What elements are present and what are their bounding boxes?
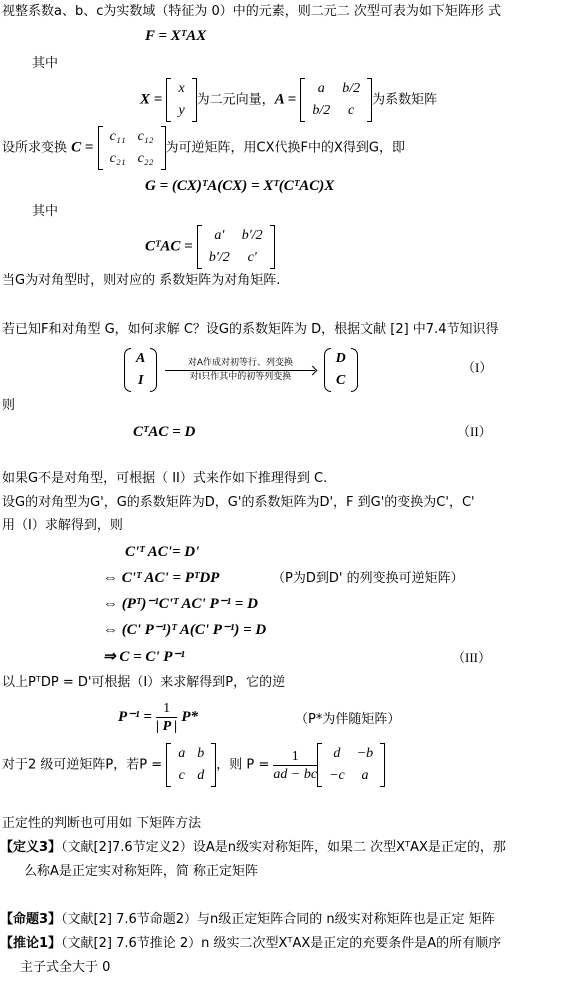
C-entry: c₁₁ (104, 126, 132, 148)
P-entry: a (172, 743, 191, 765)
derivation-step-5: ⇒ C = C' P⁻¹ (103, 649, 185, 665)
adj-entry: −b (351, 743, 379, 765)
fraction-denominator: ad − bc (273, 766, 317, 783)
derivation-step-2-note: （P为D到D' 的列变换可逆矩阵） (272, 571, 464, 587)
X-label: X = (140, 92, 162, 108)
CTAC-entry: c' (236, 247, 269, 269)
Pinv-fraction: 1 | P | (156, 700, 177, 735)
Pinv-note: （P*为伴随矩阵） (295, 712, 400, 728)
transform-prefix: 设所求变换 (2, 141, 67, 156)
C-label: C = (71, 140, 93, 156)
right-block-vector: D C (324, 348, 358, 392)
X-entry: x (172, 78, 190, 100)
adj-entry: a (351, 765, 379, 787)
definiteness-intro: 正定性的判断也可用如 下矩阵方法 (2, 816, 201, 832)
adjugate-matrix: d−b −ca (317, 743, 385, 787)
Pinv-lhs: P⁻¹ = (118, 709, 152, 725)
transform-definition: 设所求变换 C = c₁₁c₁₂ c₂₁c₂₂ 为可逆矩阵，用CX代换F中的X得… (2, 126, 405, 170)
fraction-numerator: 1 (156, 700, 177, 718)
order2-fraction: 1 ad − bc (273, 748, 317, 783)
inverse-line: 以上PᵀDP = D'可根据（I）来求解得到P，它的逆 (2, 675, 285, 691)
derivation-step-1: C'ᵀ AC'= D' (125, 544, 199, 560)
C-matrix: c₁₁c₁₂ c₂₁c₂₂ (98, 126, 166, 170)
transform-suffix: 为可逆矩阵，用CX代换F中的X得到G，即 (166, 141, 405, 156)
derivation-step-4: ⇔ (C' P⁻¹)ᵀ A(C' P⁻¹) = D (103, 622, 266, 638)
adj-entry: d (323, 743, 351, 765)
C-entry: c₂₂ (132, 148, 160, 170)
X-description: 为二元向量， (197, 93, 275, 108)
block-entry: C (330, 370, 352, 392)
A-entry: c (336, 100, 366, 122)
corollary-1: 【推论1】（文献[2] 7.6节推论 2）n 级实二次型XᵀAX是正定的充要条件… (0, 936, 501, 952)
corollary-1-line2: 主子式全大于 0 (20, 960, 110, 976)
order2-mid: ，则 P = (216, 758, 269, 773)
diagonal-note: 当G为对角型时，则对应的 系数矩阵为对角矩阵. (2, 273, 280, 289)
nondiag-line-3: 用（I）求解得到，则 (2, 518, 123, 534)
A-matrix: ab/2 b/2c (300, 78, 372, 122)
equation-G: G = (CX)ᵀA(CX) = Xᵀ(CᵀAC)X (145, 178, 334, 194)
derivation-step-2: ⇔ C'ᵀ AC' = PᵀDP (103, 570, 219, 586)
intro-paragraph: 视整系数a、b、c为实数域（特征为 0）中的元素，则二元二 次型可表为如下矩阵形… (2, 4, 501, 20)
C-entry: c₂₁ (104, 148, 132, 170)
arrow-top-label: 对A作成对初等行、列变换 (165, 357, 315, 370)
method-question: 若已知F和对角型 G，如何求解 C？设G的系数矩阵为 D，根据文献 [2] 中7… (2, 322, 498, 338)
qizhong-label-2: 其中 (32, 204, 58, 220)
definition-3-tag: 【定义3】 (0, 840, 61, 855)
derivation-step-3: ⇔ (Pᵀ)⁻¹C'ᵀ AC' P⁻¹ = D (103, 596, 258, 612)
order2-prefix: 对于2 级可逆矩阵P，若P = (2, 758, 162, 773)
P-matrix: ab cd (166, 743, 216, 787)
proposition-3-tag: 【命题3】 (0, 912, 61, 927)
equation-label-III: （III） (452, 650, 491, 666)
CTAC-matrix: a'b'/2 b'/2c' (197, 225, 275, 269)
A-entry: b/2 (306, 100, 336, 122)
order2-inverse-formula: 对于2 级可逆矩阵P，若P = ab cd ，则 P = 1 ad − bc d… (2, 743, 385, 787)
A-entry: b/2 (336, 78, 366, 100)
CTAC-entry: b'/2 (203, 247, 236, 269)
equation-label-I: （I） (462, 360, 492, 376)
CTAC-label: CᵀAC = (145, 239, 193, 255)
A-entry: a (306, 78, 336, 100)
block-entry: I (130, 370, 151, 392)
X-and-A-definition: X = x y 为二元向量，A = ab/2 b/2c 为系数矩阵 (140, 78, 437, 122)
equation-F: F = XᵀAX (145, 28, 206, 44)
equation-II: CᵀAC = D (133, 424, 195, 440)
X-vector: x y (166, 78, 196, 122)
adj-entry: −c (323, 765, 351, 787)
definition-3-line2: 么称A是正定实对称矩阵，简 称正定矩阵 (24, 864, 258, 880)
nondiag-line-1: 如果G不是对角型，可根据（ II）式来作如下推理得到 C. (2, 471, 327, 487)
A-description: 为系数矩阵 (372, 93, 437, 108)
block-entry: A (130, 348, 151, 370)
fraction-denominator: | P | (156, 718, 177, 735)
X-entry: y (172, 100, 190, 122)
P-entry: d (191, 765, 210, 787)
definition-3: 【定义3】（文献[2]7.6节定义2）设A是n级实对称矩阵，如果二 次型XᵀAX… (0, 840, 506, 856)
CTAC-entry: a' (203, 225, 236, 247)
Pinv-rhs: P* (181, 709, 198, 725)
nondiag-line-2: 设G的对角型为G'，G的系数矩阵为D，G'的系数矩阵为D'，F 到G'的变换为C… (2, 495, 475, 511)
P-inverse-formula: P⁻¹ = 1 | P | P* (118, 700, 198, 735)
fraction-numerator: 1 (273, 748, 317, 766)
definition-3-line1: （文献[2]7.6节定义2）设A是n级实对称矩阵，如果二 次型XᵀAX是正定的，… (61, 840, 506, 855)
transform-arrow: 对A作成对初等行、列变换 对I只作其中的初等列变换 (165, 357, 315, 384)
P-entry: c (172, 765, 191, 787)
P-entry: b (191, 743, 210, 765)
CTAC-entry: b'/2 (236, 225, 269, 247)
equation-label-II: （II） (457, 424, 492, 440)
C-entry: c₁₂ (132, 126, 160, 148)
qizhong-label-1: 其中 (32, 56, 58, 72)
left-block-vector: A I (124, 348, 157, 392)
block-entry: D (330, 348, 352, 370)
corollary-1-line1: （文献[2] 7.6节推论 2）n 级实二次型XᵀAX是正定的充要条件是A的所有… (61, 936, 501, 951)
A-label: A = (275, 92, 296, 108)
ze-label: 则 (2, 398, 15, 414)
CTAC-definition: CᵀAC = a'b'/2 b'/2c' (145, 225, 275, 269)
arrow-bottom-label: 对I只作其中的初等列变换 (165, 371, 315, 384)
block-transform-diagram: A I 对A作成对初等行、列变换 对I只作其中的初等列变换 D C (124, 348, 358, 392)
right-arrow-icon (165, 370, 315, 371)
proposition-3-text: （文献[2] 7.6节命题2）与n级正定矩阵合同的 n级实对称矩阵也是正定 矩阵 (61, 912, 495, 927)
proposition-3: 【命题3】（文献[2] 7.6节命题2）与n级正定矩阵合同的 n级实对称矩阵也是… (0, 912, 495, 928)
corollary-1-tag: 【推论1】 (0, 936, 61, 951)
